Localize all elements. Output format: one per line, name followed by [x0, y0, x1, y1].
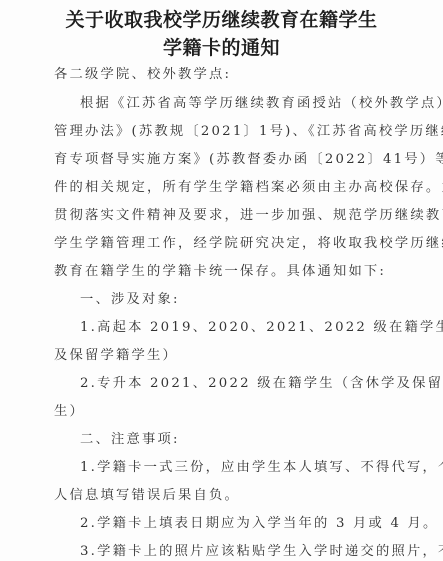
note-item-1: 1.学籍卡一式三份，应由学生本人填写、不得代写，个	[80, 456, 394, 475]
scope-item-2: 2.专升本 2021、2022 级在籍学生（含休学及保留学籍学	[80, 372, 394, 391]
intro-line: 管理办法》(苏教规〔2021〕1号)、《江苏省高校学历继续教	[54, 120, 394, 139]
scope-item-2-cont: 生）	[54, 400, 394, 419]
intro-line: 学生学籍管理工作，经学院研究决定，将收取我校学历继续	[54, 232, 394, 251]
note-item-3: 3.学籍卡上的照片应该粘贴学生入学时递交的照片，不	[80, 540, 394, 559]
section-heading-scope: 一、涉及对象:	[80, 288, 394, 307]
note-item-2: 2.学籍卡上填表日期应为入学当年的 3 月或 4 月。	[80, 512, 394, 531]
note-item-1-cont: 人信息填写错误后果自负。	[54, 484, 394, 503]
intro-line: 贯彻落实文件精神及要求，进一步加强、规范学历继续教育	[54, 204, 394, 223]
notice-document: 关于收取我校学历继续教育在籍学生 学籍卡的通知 各二级学院、校外教学点: 根据《…	[0, 0, 443, 561]
intro-line: 件的相关规定，所有学生学籍档案必须由主办高校保存。为	[54, 176, 394, 195]
scope-item-1: 1.高起本 2019、2020、2021、2022 级在籍学生（含休学	[80, 316, 394, 335]
document-title-line-2: 学籍卡的通知	[0, 33, 443, 60]
intro-line: 育专项督导实施方案》(苏教督委办函〔2022〕41号）等文	[54, 148, 394, 167]
document-title-line-1: 关于收取我校学历继续教育在籍学生	[0, 5, 443, 32]
salutation: 各二级学院、校外教学点:	[54, 63, 394, 82]
section-heading-notes: 二、注意事项:	[80, 428, 394, 447]
scope-item-1-cont: 及保留学籍学生）	[54, 344, 394, 363]
intro-line: 教育在籍学生的学籍卡统一保存。具体通知如下:	[54, 260, 394, 279]
intro-line: 根据《江苏省高等学历继续教育函授站（校外教学点）	[80, 92, 394, 111]
